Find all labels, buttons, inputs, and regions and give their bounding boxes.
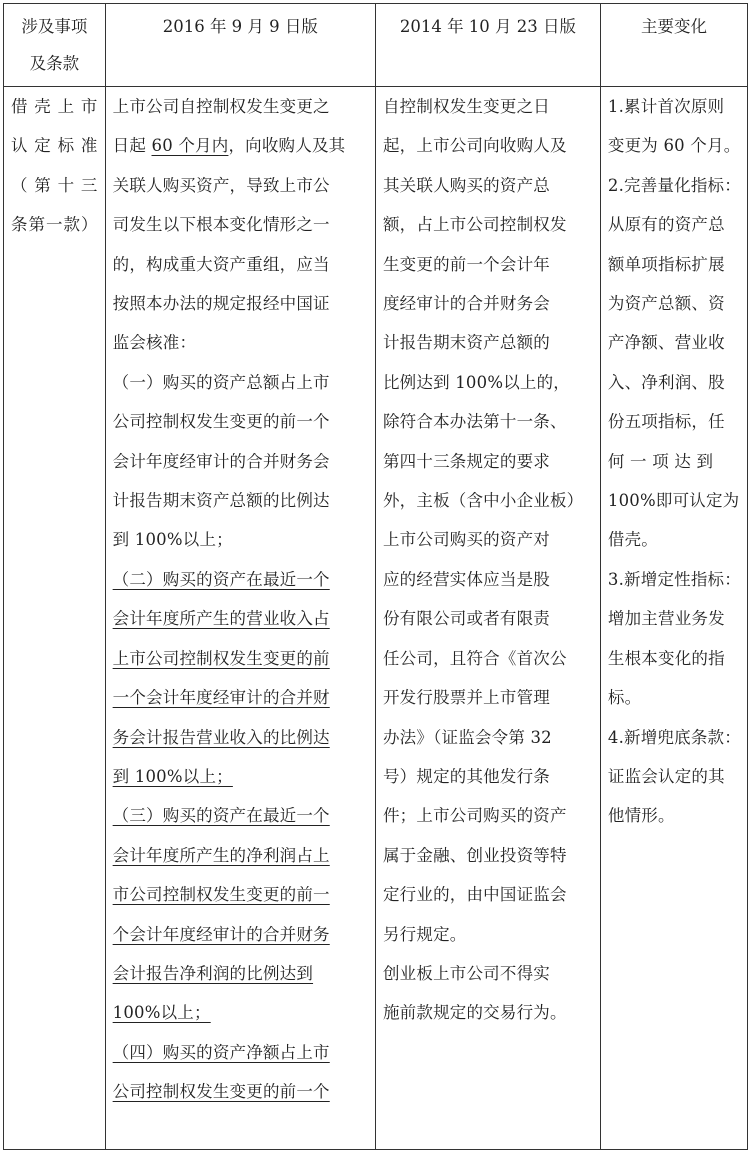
clause-line: 除符合本办法第十一条、 [383,402,593,441]
clause-line: 公司控制权发生变更的前一个 [113,402,368,441]
clause-line: 会计年度所产生的营业收入占 [113,599,368,638]
clause-line: 开发行股票并上市管理 [383,678,593,717]
item-line: 认定标准 [11,126,98,165]
clause-line: 到 100%以上； [113,757,368,796]
line-text: ，向收购人及其 [228,136,345,155]
change-line: 他情形。 [608,796,740,835]
clause-line: 属于金融、创业投资等特 [383,836,593,875]
change-line: 2.完善量化指标： [608,166,740,205]
clause-line: 公司控制权发生变更的前一个 [113,1072,368,1111]
item-line: 条第一款） [11,205,98,244]
clause-line: 会计年度经审计的合并财务会 [113,442,368,481]
clause-line: 上市公司购买的资产对 [383,520,593,559]
clause-line: 个会计年度经审计的合并财务 [113,915,368,954]
clause-line: 上市公司自控制权发生变更之 [113,87,368,126]
change-line: 产净额、营业收 [608,323,740,362]
clause-line: 司发生以下根本变化情形之一 [113,205,368,244]
clause-line: 按照本办法的规定报经中国证 [113,284,368,323]
underlined-text: 一个会计年度经审计的合并财 [113,688,330,707]
header-2014: 2014 年 10 月 23 日版 [375,4,600,87]
clause-line: 的，构成重大资产重组，应当 [113,245,368,284]
underlined-text: 100%以上； [113,1003,211,1022]
underlined-text: 上市公司控制权发生变更的前 [113,649,330,668]
clause-line: 办法》（证监会令第 32 [383,718,593,757]
change-line: 3.新增定性指标： [608,560,740,599]
change-line: 入、净利润、股 [608,363,740,402]
change-line: 何 一 项 达 到 [608,442,740,481]
header-2014-label: 2014 年 10 月 23 日版 [383,8,593,45]
clause-line: 会计报告净利润的比例达到 [113,954,368,993]
table-row: 借壳上市认定标准（第十三条第一款） 上市公司自控制权发生变更之日起 60 个月内… [4,87,748,1150]
change-line: 份五项指标，任 [608,402,740,441]
clause-line: 上市公司控制权发生变更的前 [113,639,368,678]
header-item-line: 及条款 [11,45,98,82]
clause-line: （一）购买的资产总额占上市 [113,363,368,402]
header-item-line: 涉及事项 [11,8,98,45]
line-text: 关联人购买资产，导致上市公 [113,176,330,195]
clause-line: 外，主板（含中小企业板） [383,481,593,520]
underlined-text: 会计年度所产生的净利润占上 [113,846,330,865]
clause-line: 市公司控制权发生变更的前一 [113,875,368,914]
change-line: 4.新增兜底条款： [608,718,740,757]
change-line: 增加主营业务发 [608,599,740,638]
changes-cell: 1.累计首次原则变更为 60 个月。2.完善量化指标：从原有的资产总额单项指标扩… [600,87,747,1150]
header-changes-label: 主要变化 [608,8,740,45]
change-line: 为资产总额、资 [608,284,740,323]
clause-line: （三）购买的资产在最近一个 [113,796,368,835]
line-text: 司发生以下根本变化情形之一 [113,215,330,234]
underlined-text: 务会计报告营业收入的比例达 [113,728,330,747]
line-text: （一）购买的资产总额占上市 [113,373,330,392]
clause-line: 比例达到 100%以上的， [383,363,593,402]
header-2016: 2016 年 9 月 9 日版 [105,4,375,87]
clause-line: 其关联人购买的资产总 [383,166,593,205]
change-line: 1.累计首次原则 [608,87,740,126]
underlined-text: 会计报告净利润的比例达到 [113,964,313,983]
line-text: 的，构成重大资产重组，应当 [113,255,330,274]
clause-line: 施前款规定的交易行为。 [383,993,593,1032]
change-line: 生根本变化的指 [608,639,740,678]
line-text: 监会核准： [113,333,197,352]
change-line: 证监会认定的其 [608,757,740,796]
clause-line: 监会核准： [113,323,368,362]
clause-line: 一个会计年度经审计的合并财 [113,678,368,717]
underlined-text: 60 个月内 [152,136,229,155]
header-changes: 主要变化 [600,4,747,87]
line-text: 到 100%以上； [113,530,233,549]
clause-line: 件；上市公司购买的资产 [383,796,593,835]
clause-line: 任公司，且符合《首次公 [383,639,593,678]
underlined-text: 会计年度所产生的营业收入占 [113,609,330,628]
clause-line: 号）规定的其他发行条 [383,757,593,796]
underlined-text: （三）购买的资产在最近一个 [113,806,330,825]
clause-line: 第四十三条规定的要求 [383,442,593,481]
underlined-text: 公司控制权发生变更的前一个 [113,1082,330,1101]
clause-line: 创业板上市公司不得实 [383,954,593,993]
underlined-text: （四）购买的资产净额占上市 [113,1043,330,1062]
clause-line: 度经审计的合并财务会 [383,284,593,323]
version-2014-cell: 自控制权发生变更之日起，上市公司向收购人及其关联人购买的资产总额，占上市公司控制… [375,87,600,1150]
change-line: 借壳。 [608,520,740,559]
clause-line: 计报告期末资产总额的比例达 [113,481,368,520]
line-text: 计报告期末资产总额的比例达 [113,491,330,510]
underlined-text: 个会计年度经审计的合并财务 [113,925,330,944]
clause-line: 自控制权发生变更之日 [383,87,593,126]
clause-line: 份有限公司或者有限责 [383,599,593,638]
line-text: 日起 [113,136,152,155]
clause-line: （四）购买的资产净额占上市 [113,1033,368,1072]
clause-line: 额，占上市公司控制权发 [383,205,593,244]
underlined-text: 市公司控制权发生变更的前一 [113,885,330,904]
clause-line: 100%以上； [113,993,368,1032]
underlined-text: 到 100%以上； [113,767,233,786]
clause-line: 务会计报告营业收入的比例达 [113,718,368,757]
clause-line: 到 100%以上； [113,520,368,559]
header-item: 涉及事项 及条款 [4,4,106,87]
item-line: 借壳上市 [11,87,98,126]
line-text: 按照本办法的规定报经中国证 [113,294,330,313]
change-line: 变更为 60 个月。 [608,126,740,165]
clause-line: （二）购买的资产在最近一个 [113,560,368,599]
change-line: 从原有的资产总 [608,205,740,244]
version-2016-cell: 上市公司自控制权发生变更之日起 60 个月内，向收购人及其关联人购买资产，导致上… [105,87,375,1150]
change-line: 100%即可认定为 [608,481,740,520]
underlined-text: （二）购买的资产在最近一个 [113,570,330,589]
line-text: 上市公司自控制权发生变更之 [113,97,330,116]
header-2016-label: 2016 年 9 月 9 日版 [113,8,368,45]
line-text: 会计年度经审计的合并财务会 [113,452,330,471]
clause-line: 生变更的前一个会计年 [383,245,593,284]
clause-line: 关联人购买资产，导致上市公 [113,166,368,205]
clause-line: 另行规定。 [383,915,593,954]
item-cell: 借壳上市认定标准（第十三条第一款） [4,87,106,1150]
clause-line: 会计年度所产生的净利润占上 [113,836,368,875]
clause-line: 日起 60 个月内，向收购人及其 [113,126,368,165]
clause-line: 计报告期末资产总额的 [383,323,593,362]
clause-line: 应的经营实体应当是股 [383,560,593,599]
comparison-table: 涉及事项 及条款 2016 年 9 月 9 日版 2014 年 10 月 23 … [3,3,748,1150]
clause-line: 定行业的，由中国证监会 [383,875,593,914]
change-line: 标。 [608,678,740,717]
line-text: 公司控制权发生变更的前一个 [113,412,330,431]
change-line: 额单项指标扩展 [608,245,740,284]
header-row: 涉及事项 及条款 2016 年 9 月 9 日版 2014 年 10 月 23 … [4,4,748,87]
item-line: （第十三 [11,166,98,205]
clause-line: 起，上市公司向收购人及 [383,126,593,165]
